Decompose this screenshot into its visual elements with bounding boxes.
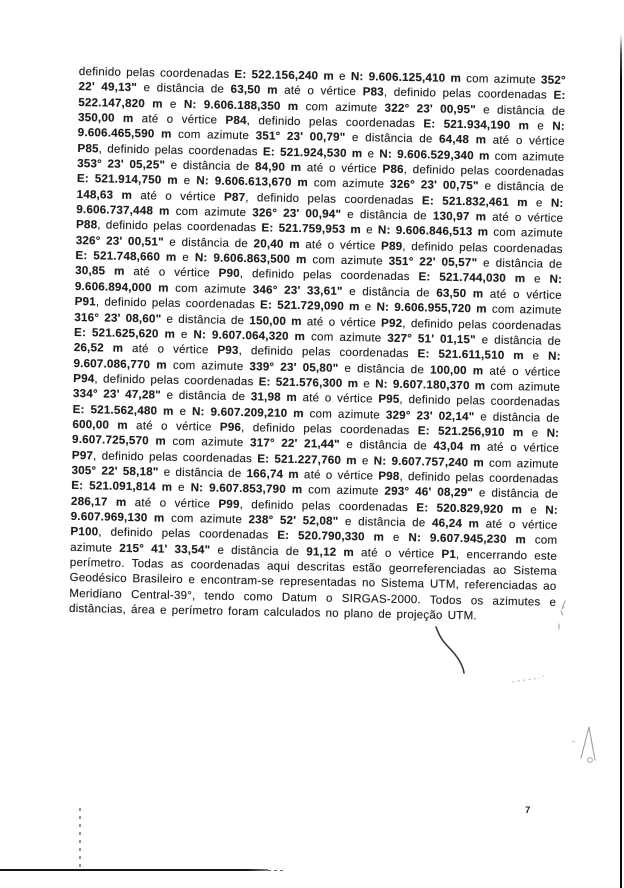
body-text: e xyxy=(529,119,552,132)
scribble-mark xyxy=(552,598,574,636)
body-text: com azimute xyxy=(488,226,563,240)
body-text: com azimute xyxy=(164,512,248,527)
body-text: até o vértice xyxy=(123,342,217,357)
value-text: P99 xyxy=(218,497,239,510)
body-text: , definido pelas coordenadas xyxy=(241,421,418,437)
value-text: E: 521.744,030 m xyxy=(418,271,525,286)
body-text: , definido pelas coordenadas xyxy=(97,219,261,235)
value-text: P92 xyxy=(381,316,402,329)
body-text: , definido pelas coordenadas xyxy=(402,316,561,332)
body-text: e xyxy=(358,377,375,390)
body-text: com azimute xyxy=(461,72,541,86)
value-text: E: 521.729,090 m xyxy=(260,299,360,314)
body-text: com azimute xyxy=(308,177,390,192)
body-text: e distância de xyxy=(210,543,306,558)
body-text: com azimute xyxy=(167,358,250,373)
body-text: , definido pelas coordenadas xyxy=(384,86,554,102)
value-text: N: 9.606.863,500 m xyxy=(195,251,307,266)
smudge-dashes-mark xyxy=(510,672,548,686)
value-text: 63,50 m xyxy=(230,83,277,97)
value-text: P89 xyxy=(381,239,402,252)
body-text: até o vértice xyxy=(278,84,363,99)
value-text: 43,04 m xyxy=(433,440,480,454)
body-text: , definido pelas coordenadas xyxy=(93,449,257,465)
value-text: 322° 23' 00,95" xyxy=(385,101,477,116)
value-text: N: 9.607.945,230 m xyxy=(408,531,526,546)
body-text: , definido pelas coordenadas xyxy=(94,372,258,388)
body-text: , definido pelas coordenadas xyxy=(245,191,422,207)
body-text: até o vértice xyxy=(124,265,218,280)
body-text: e xyxy=(176,251,195,264)
body-text: até o vértice xyxy=(486,211,563,225)
scan-bottom-edge-line xyxy=(0,869,268,871)
body-text: até o vértice xyxy=(302,315,382,329)
body-text: , definido pelas coordenadas xyxy=(96,296,260,312)
value-text: N: 9.606.188,350 m xyxy=(184,98,299,113)
body-text: e distância de xyxy=(164,235,254,250)
value-text: 84,90 m xyxy=(255,160,301,174)
value-text: N: 9.606.125,410 m xyxy=(351,70,461,85)
value-text: 63,50 m xyxy=(436,286,483,300)
body-text: e xyxy=(334,70,351,83)
body-text: e xyxy=(357,454,374,467)
scan-right-edge-line xyxy=(620,34,622,888)
body-text: com azimute xyxy=(171,128,255,143)
value-text: 238° 52' 52,08" xyxy=(248,513,338,528)
value-text: P84 xyxy=(225,114,246,127)
body-text: até o vértice xyxy=(126,496,218,511)
value-text: E: 521.576,300 m xyxy=(259,375,359,390)
body-text: e distância de xyxy=(473,487,558,502)
value-text: E: 521.611,510 m xyxy=(417,347,523,362)
body-text: com azimute xyxy=(304,407,386,422)
value-text: 100,00 m xyxy=(430,363,483,377)
perforation-dashes xyxy=(79,808,81,870)
body-text: até o vértice xyxy=(480,441,559,455)
body-text: até o vértice xyxy=(132,189,224,204)
body-text: até o vértice xyxy=(297,391,379,405)
value-text: P94 xyxy=(73,372,94,385)
body-text: até o vértice xyxy=(300,238,382,252)
pen-stroke-mark xyxy=(425,615,475,685)
value-text: 329° 23' 02,14" xyxy=(386,408,475,423)
value-text: E: 520.790,330 m xyxy=(277,529,384,544)
value-text: 326° 23' 00,51" xyxy=(76,234,164,249)
body-text: e xyxy=(362,147,379,160)
body-text: e xyxy=(523,426,546,439)
body-text: com azimute xyxy=(484,456,559,470)
value-text: 46,24 m xyxy=(432,517,479,531)
value-text: 327° 51' 01,15" xyxy=(387,332,476,347)
value-text: E: 521.091,814 m xyxy=(71,479,172,494)
value-text: N: 9.606.846,513 m xyxy=(378,224,488,239)
triangle-sketch-mark xyxy=(570,722,602,768)
value-text: P83 xyxy=(363,86,384,99)
body-text: com azimute xyxy=(489,149,564,163)
body-text: e distância de xyxy=(345,131,439,146)
body-text: , definido pelas coordenadas xyxy=(240,498,417,514)
body-text: com azimute xyxy=(298,100,385,115)
body-text: até o vértice xyxy=(354,546,442,561)
body-text: e xyxy=(384,531,409,544)
value-text: 215° 41' 33,54" xyxy=(119,541,210,556)
body-text: e distância de xyxy=(477,256,562,271)
body-text: e distância de xyxy=(340,438,434,453)
body-text: e distância de xyxy=(161,389,251,404)
value-text: 334° 23' 47,28" xyxy=(73,387,161,402)
body-text: e distância de xyxy=(137,81,231,96)
value-text: 31,98 m xyxy=(251,390,297,404)
value-text: 286,17 m xyxy=(71,495,127,509)
scanned-document-page: definido pelas coordenadas E: 522.156,24… xyxy=(0,0,624,888)
value-text: P97 xyxy=(72,449,93,462)
body-text: com azimute xyxy=(485,379,560,393)
value-text: E: 521.924,530 m xyxy=(263,145,363,160)
body-text: e xyxy=(359,300,376,313)
value-text: P93 xyxy=(217,344,238,357)
body-text: com azimute xyxy=(166,435,250,450)
body-text: com azimute xyxy=(305,330,387,345)
body-text: , definido pelas coordenadas xyxy=(404,163,565,179)
body-text: e xyxy=(524,349,549,362)
body-text: e xyxy=(525,273,549,286)
value-text: P88 xyxy=(76,218,97,231)
value-text: 20,40 m xyxy=(253,237,299,251)
body-text: e distância de xyxy=(343,285,437,300)
memorial-descritivo-paragraph: definido pelas coordenadas E: 522.156,24… xyxy=(69,64,566,625)
body-text: e xyxy=(528,196,551,209)
body-text: até o vértice xyxy=(301,161,383,175)
body-text: e distância de xyxy=(476,333,561,348)
body-text: , definido pelas coordenadas xyxy=(399,393,560,409)
value-text: E: 521.227,760 m xyxy=(257,452,357,467)
value-text: N: 9.607.064,320 m xyxy=(193,328,305,343)
body-text: até o vértice xyxy=(133,112,225,127)
body-text: e distância de xyxy=(165,159,255,174)
value-text: 293° 46' 08,29" xyxy=(384,485,473,500)
value-text: N: 9.606.613,670 m xyxy=(196,175,308,190)
value-text: 350,00 m xyxy=(78,111,134,125)
body-text: e distância de xyxy=(338,361,430,376)
body-text: , definido pelas coordenadas xyxy=(399,470,558,486)
value-text: E: 521.914,750 m xyxy=(77,172,178,187)
value-text: E: 521.625,620 m xyxy=(74,326,175,341)
value-text: 30,85 m xyxy=(75,264,125,278)
value-text: 339° 23' 05,80" xyxy=(249,360,338,375)
body-text: com azimute xyxy=(170,205,253,220)
body-text: até o vértice xyxy=(483,364,560,378)
body-text: até o vértice xyxy=(128,419,220,434)
value-text: 148,63 m xyxy=(76,188,132,202)
value-text: E: 521.759,953 m xyxy=(261,222,361,237)
value-text: P85 xyxy=(77,142,98,155)
value-text: E: 521.256,910 m xyxy=(418,424,524,439)
value-text: N: 9.607.757,240 m xyxy=(374,454,484,469)
value-text: P87 xyxy=(224,190,245,203)
value-text: N: 9.607.180,370 m xyxy=(375,377,485,392)
body-text: até o vértice xyxy=(483,287,562,301)
body-text: e xyxy=(361,224,378,237)
value-text: 351° 22' 05,57" xyxy=(389,255,478,270)
body-text: e xyxy=(178,174,197,187)
value-text: 326° 23' 00,75" xyxy=(390,178,479,193)
body-text: e xyxy=(174,404,193,417)
value-text: 150,00 m xyxy=(249,314,302,328)
body-text: e xyxy=(163,97,184,110)
value-text: 326° 23' 00,94" xyxy=(252,206,341,221)
body-text: , definido pelas coordenadas xyxy=(98,526,277,542)
body-text: com azimute xyxy=(169,281,253,296)
value-text: P98 xyxy=(378,469,399,482)
body-text: e xyxy=(175,328,194,341)
value-text: P91 xyxy=(75,295,96,308)
value-text: P86 xyxy=(382,163,403,176)
value-text: 353° 23' 05,25" xyxy=(77,157,165,172)
body-text: definido pelas coordenadas xyxy=(79,65,235,81)
value-text: P95 xyxy=(378,393,399,406)
page-number: 7 xyxy=(525,805,530,816)
value-text: N: 9.607.209,210 m xyxy=(192,405,304,420)
value-text: 351° 23' 00,79" xyxy=(256,130,346,145)
body-text: e xyxy=(522,503,545,516)
value-text: 130,97 m xyxy=(433,210,486,224)
value-text: 64,48 m xyxy=(439,133,486,147)
body-text: com azimute xyxy=(302,483,384,498)
value-text: E: 522.156,240 m xyxy=(234,68,334,83)
value-text: E: 521.748,660 m xyxy=(75,249,176,264)
value-text: N: 9.606.529,340 m xyxy=(379,147,489,162)
body-text: até o vértice xyxy=(479,517,558,531)
value-text: E: 521.832,461 m xyxy=(422,194,528,209)
body-text: , definido pelas coordenadas xyxy=(247,114,424,130)
body-text: , definido pelas coordenadas xyxy=(99,142,263,158)
value-text: 317° 22' 21,44" xyxy=(250,436,340,451)
value-text: E: 521.934,190 m xyxy=(423,117,529,132)
body-text: , definido pelas coordenadas xyxy=(402,240,563,256)
value-text: E: 520.829,920 m xyxy=(416,501,522,516)
value-text: P1 xyxy=(441,547,456,560)
body-text: e distância de xyxy=(479,180,564,195)
scan-bottom-edge-tail xyxy=(268,870,284,871)
body-text: , definido pelas coordenadas xyxy=(240,267,419,283)
body-text: e distância de xyxy=(476,103,566,118)
value-text: 316° 23' 08,60" xyxy=(74,310,161,325)
value-text: E: 521.562,480 m xyxy=(73,403,174,418)
body-text: com azimute xyxy=(487,303,562,317)
value-text: 305° 22' 58,18" xyxy=(71,464,158,479)
body-text: e distância de xyxy=(158,465,246,480)
value-text: P96 xyxy=(220,421,241,434)
value-text: 91,12 m xyxy=(306,545,354,559)
body-text: até o vértice xyxy=(486,134,565,148)
value-text: N: 9.606.955,720 m xyxy=(376,301,486,316)
value-text: 26,52 m xyxy=(74,341,124,355)
body-text: e distância de xyxy=(341,208,433,223)
body-text: , encerrando este perímetro. Todas as co… xyxy=(69,548,557,623)
body-text: , definido pelas coordenadas xyxy=(239,344,418,360)
value-text: 600,00 m xyxy=(72,418,128,432)
body-text: com azimute xyxy=(306,253,388,268)
body-text: e distância de xyxy=(161,312,249,327)
body-text: e distância de xyxy=(338,515,432,530)
value-text: N: 9.607.853,790 m xyxy=(191,481,303,496)
value-text: P90 xyxy=(218,267,239,280)
body-text: até o vértice xyxy=(299,468,379,482)
value-text: 166,74 m xyxy=(246,467,299,481)
value-text: P100 xyxy=(70,525,98,539)
body-text: e distância de xyxy=(474,410,559,425)
body-text: e xyxy=(172,481,191,494)
value-text: 346° 23' 33,61" xyxy=(253,283,343,298)
